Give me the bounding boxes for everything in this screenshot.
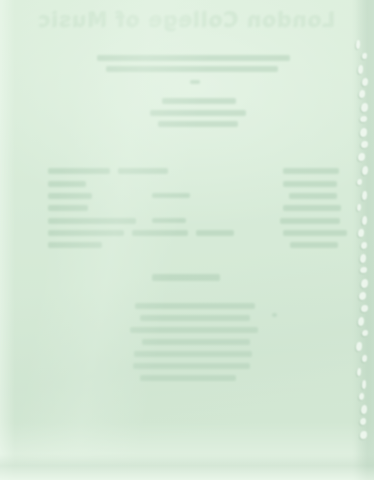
scanned-page: London College of Music (0, 0, 374, 480)
torn-edge-blob (356, 342, 361, 351)
ghost-line-paragraph (140, 315, 250, 321)
ghost-line-subheader (106, 66, 278, 72)
ghost-line-column-row (48, 168, 110, 174)
torn-edge-blob (359, 90, 365, 97)
ghost-line-column-row (283, 181, 337, 187)
ghost-line-address (162, 98, 236, 104)
torn-edge-blob (358, 153, 364, 161)
ghost-line-paragraph (133, 363, 250, 369)
torn-edge-blob (357, 179, 362, 185)
ghost-line-column-row (48, 193, 92, 199)
ghost-line-paragraph (130, 327, 258, 333)
ghost-line-paragraph (135, 303, 255, 309)
torn-edge-blob (362, 166, 368, 175)
torn-edge-blob (361, 279, 368, 288)
torn-edge-blob (361, 305, 368, 313)
torn-edge-blob (360, 431, 367, 440)
torn-edge-blob (357, 368, 361, 376)
torn-edge-blob (362, 216, 367, 224)
torn-edge-blob (360, 254, 366, 263)
ghost-line-column-row (196, 230, 234, 236)
ghost-line-column-row (132, 230, 188, 236)
ghost-line-column-row (48, 218, 136, 224)
torn-edge-blob (357, 204, 361, 211)
torn-edge-blob (356, 40, 360, 49)
torn-edge-blob (360, 128, 367, 137)
torn-edge-blob (358, 317, 364, 326)
ghost-line-column-row (48, 205, 88, 211)
torn-edge-blob (361, 141, 368, 149)
ghost-line-paragraph (142, 339, 250, 345)
torn-edge-blob (360, 418, 366, 425)
ghost-line-column-row (283, 168, 339, 174)
ghost-text-layer (0, 0, 374, 480)
torn-edge-blob (362, 191, 367, 200)
torn-edge-blob (362, 330, 368, 336)
ghost-line-section-heading (152, 274, 220, 281)
ghost-line-column-row (48, 242, 102, 248)
ghost-line-address (158, 121, 238, 127)
torn-edge-blob (361, 103, 368, 112)
torn-edge-blob (362, 355, 367, 362)
torn-edge-blob (361, 405, 367, 414)
torn-edge (352, 0, 374, 480)
torn-edge-blob (358, 65, 363, 74)
ghost-line-subheader (190, 80, 200, 84)
torn-edge-blob (359, 292, 366, 300)
ghost-line-paragraph (134, 351, 252, 357)
ghost-line-column-row (283, 230, 347, 236)
torn-edge-blob (362, 380, 367, 389)
ghost-line-column-row (48, 181, 86, 187)
torn-edge-blob (362, 53, 367, 60)
ghost-line-column-row (118, 168, 168, 174)
ghost-line-paragraph (140, 375, 236, 381)
ghost-line-subheader (97, 55, 290, 61)
torn-edge-blob (360, 116, 367, 122)
ghost-line-column-row (283, 205, 341, 211)
torn-edge-blob (358, 229, 363, 237)
ghost-line-column-row (152, 193, 190, 198)
ghost-line-column-row (290, 242, 338, 248)
torn-edge-blob (361, 242, 367, 249)
ghost-line-address (150, 110, 246, 116)
torn-edge-blob (362, 78, 368, 86)
torn-edge-blob (360, 267, 367, 273)
ghost-line-column-row (280, 218, 340, 224)
ghost-line-column-row (48, 230, 124, 236)
ghost-line-column-row (152, 218, 186, 223)
ghost-line-column-row (289, 193, 337, 199)
ghost-line-paragraph (272, 313, 277, 317)
torn-edge-blob (359, 393, 364, 400)
